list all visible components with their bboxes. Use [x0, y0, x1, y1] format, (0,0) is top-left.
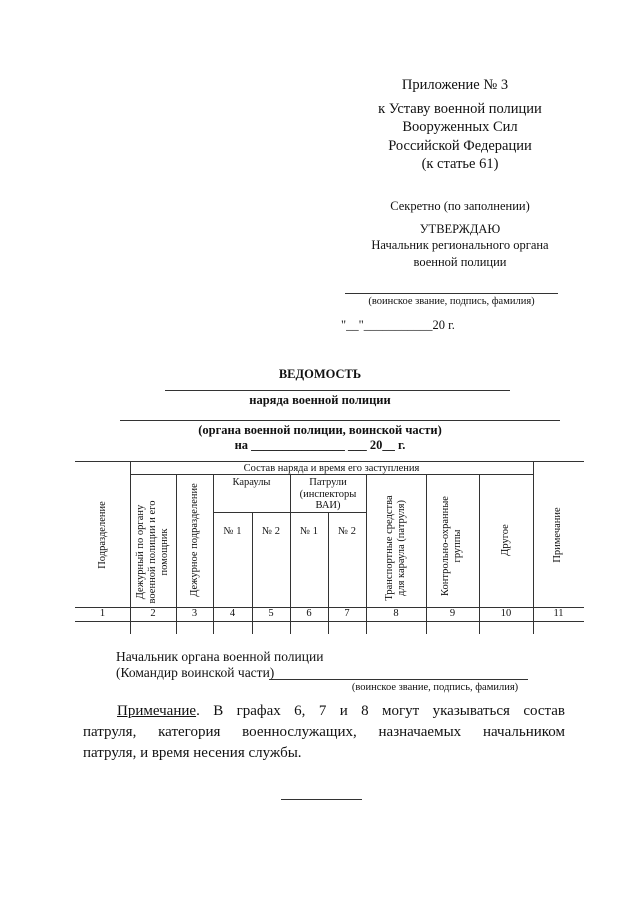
appendix-number: Приложение № 3	[380, 77, 530, 94]
duty-unit-header: Дежурное подразделение	[189, 480, 201, 600]
control-groups-header: Контрольно-охранные группы	[440, 486, 464, 606]
col-num-1: 1	[75, 608, 130, 620]
chief-line-1: Начальник регионального органа	[350, 238, 570, 253]
col-num-5: 5	[252, 608, 290, 620]
guards-header: Караулы	[213, 477, 290, 489]
transport-header: Транспортные средства для караула (патру…	[384, 488, 408, 608]
signature-caption: (воинское звание, подпись, фамилия)	[345, 296, 558, 307]
unit-header: Подразделение	[97, 475, 109, 595]
chief-line-2: военной полиции	[350, 255, 570, 270]
footer-signature-caption: (воинское звание, подпись, фамилия)	[330, 682, 540, 693]
col-num-9: 9	[426, 608, 479, 620]
signature-line	[345, 293, 558, 294]
charter-line-3: Российской Федерации	[350, 138, 570, 155]
col-num-6: 6	[290, 608, 328, 620]
note-label: Примечание	[117, 703, 196, 719]
end-separator	[281, 799, 362, 800]
guard-1-header: № 1	[213, 526, 252, 538]
patrols-header-3: ВАИ)	[290, 500, 366, 512]
org-caption: (органа военной полиции, воинской части)	[150, 423, 490, 438]
patrols-header-1: Патрули	[290, 477, 366, 489]
patrol-2-header: № 2	[328, 526, 366, 538]
col-num-4: 4	[213, 608, 252, 620]
approve-label: УТВЕРЖДАЮ	[350, 222, 570, 237]
title-line-2	[120, 420, 560, 421]
col-num-7: 7	[328, 608, 366, 620]
col-num-3: 3	[176, 608, 213, 620]
group-header: Состав наряда и время его заступления	[130, 463, 533, 475]
note-line-3: патруля, и время несения службы.	[83, 743, 565, 764]
chief-signature-line-1: Начальник органа военной полиции	[116, 649, 323, 665]
secrecy-mark: Секретно (по заполнении)	[350, 199, 570, 214]
col-num-11: 11	[533, 608, 584, 620]
chief-signature-line-2: (Командир воинской части)	[116, 665, 274, 681]
charter-line-1: к Уставу военной полиции	[350, 101, 570, 118]
numbers-row-bottom	[75, 621, 584, 622]
note-paragraph: Примечание. В графах 6, 7 и 8 могут указ…	[117, 701, 565, 764]
title-line-1	[165, 390, 510, 391]
col-num-10: 10	[479, 608, 533, 620]
table-top-border	[75, 461, 584, 462]
guard-2-header: № 2	[252, 526, 290, 538]
charter-line-4: (к статье 61)	[350, 156, 570, 173]
patrol-1-header: № 1	[290, 526, 328, 538]
document-subtitle: наряда военной полиции	[150, 393, 490, 408]
note-header: Примечание	[552, 475, 564, 595]
approval-date: "__"___________20 г.	[341, 318, 455, 333]
duty-officer-header: Дежурный по органу военной полиции и его…	[135, 492, 171, 612]
col-num-2: 2	[130, 608, 176, 620]
charter-line-2: Вооруженных Сил	[350, 119, 570, 136]
footer-signature-line	[269, 679, 528, 680]
note-line-1: Примечание. В графах 6, 7 и 8 могут указ…	[117, 701, 565, 722]
note-line-2: патруля, категория военнослужащих, назна…	[83, 722, 565, 743]
document-title: ВЕДОМОСТЬ	[150, 367, 490, 382]
note-line-1-text: . В графах 6, 7 и 8 могут указываться со…	[196, 703, 565, 719]
other-header: Другое	[500, 480, 512, 600]
report-date: на _______________ ___ 20__ г.	[150, 438, 490, 453]
col-num-8: 8	[366, 608, 426, 620]
